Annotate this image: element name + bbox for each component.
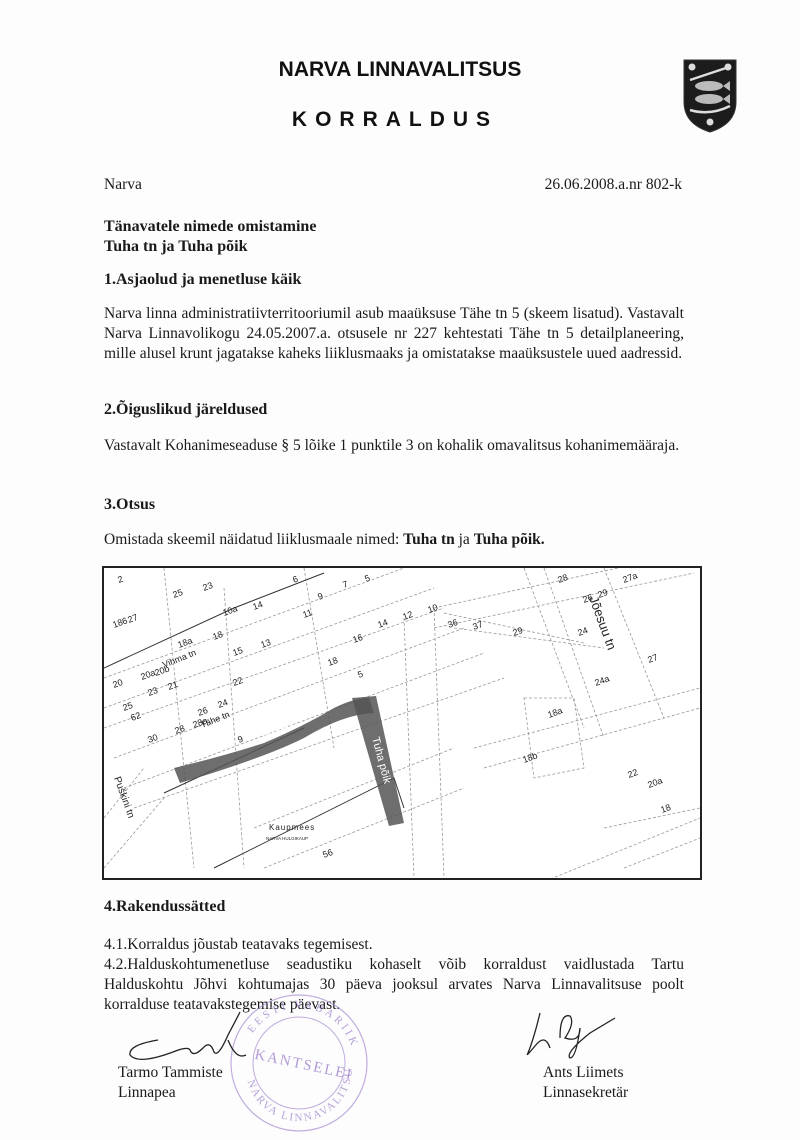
map-house-number: 22 (231, 675, 244, 688)
decision-text: Omistada skeemil näidatud liiklusmaale n… (104, 531, 403, 548)
map-house-number: 24a (593, 673, 611, 688)
map-house-number: 5 (356, 669, 364, 680)
signatory-right-title: Linnasekretär (543, 1083, 628, 1103)
map-house-number: 25 (121, 700, 134, 713)
map-house-number: 18a (546, 705, 564, 720)
section-1-text: Narva linna administratiivterritooriumil… (104, 304, 684, 364)
map-label-business: Kaupmees (269, 823, 315, 832)
signatory-left-name: Tarmo Tammiste (118, 1063, 223, 1083)
map-house-number: 18b (521, 750, 539, 765)
section-2-heading: 2.Õiguslikud järeldused (104, 401, 267, 419)
map-house-number: 23 (201, 580, 214, 593)
signatory-left: Tarmo Tammiste Linnapea (118, 1063, 223, 1103)
map-house-number: 7 (341, 579, 349, 590)
section-1-heading: 1.Asjaolud ja menetluse käik (104, 271, 301, 289)
coat-of-arms-icon (682, 58, 738, 134)
section-4-item-1: 4.1.Korraldus jõustab teatavaks tegemise… (104, 935, 684, 955)
map-house-number: 23 (146, 685, 159, 698)
map-house-number: 10a (221, 603, 239, 618)
map-house-number: 2 (116, 574, 124, 585)
section-2-text: Vastavalt Kohanimeseaduse § 5 lõike 1 pu… (104, 436, 684, 456)
section-3-heading: 3.Otsus (104, 496, 155, 514)
section-4-item-2: 4.2.Halduskohtumenetluse seadustiku koha… (104, 955, 684, 1015)
map-house-number: 22 (626, 767, 639, 780)
map-house-number: 6 (291, 574, 299, 585)
map-house-number: 24 (216, 697, 229, 710)
map-label-joesuu: Jõesuu tn (586, 594, 619, 652)
map-house-number: 18 (326, 655, 339, 668)
map-house-number: 14 (251, 599, 264, 612)
map-house-number: 20 (111, 677, 124, 690)
section-3-decision: Omistada skeemil näidatud liiklusmaale n… (104, 530, 684, 550)
map-house-number: 16 (351, 632, 364, 645)
map-house-number: 62 (129, 710, 142, 723)
map-house-number: 29 (511, 625, 524, 638)
map-label-business-sub: NARVA HULGIKAUP (266, 836, 308, 841)
map-house-number: 12 (401, 609, 414, 622)
map-house-number: 25 (171, 587, 184, 600)
organization-name: NARVA LINNAVALITSUS (0, 58, 800, 82)
map-house-number: 29 (596, 587, 609, 600)
map-house-number: 10 (426, 602, 439, 615)
map-house-number: 18 (211, 629, 224, 642)
map-house-number: 27 (646, 652, 659, 665)
decision-name-1: Tuha tn (403, 531, 455, 548)
map-house-number: 15 (231, 645, 244, 658)
map-house-number: 28 (173, 723, 186, 736)
document-place: Narva (104, 176, 142, 194)
map-house-number: 28 (556, 572, 569, 585)
document-type: KORRALDUS (0, 108, 790, 132)
signatory-right-name: Ants Liimets (543, 1063, 628, 1083)
decision-connector: ja (455, 531, 474, 548)
map-house-number: 30 (146, 732, 159, 745)
map-house-number: 56 (321, 847, 334, 860)
decision-name-2: Tuha põik. (474, 531, 545, 548)
map-house-number: 20a (646, 775, 664, 790)
map-house-number: 9 (236, 734, 244, 745)
map-house-number: 27a (621, 570, 639, 585)
signature-mayor-icon (118, 1010, 298, 1070)
street-scheme-map: Tuha tn Tuha põik Jõesuu tn Vihma tn Täh… (102, 566, 702, 880)
section-4-heading: 4.Rakendussätted (104, 898, 225, 916)
map-house-number: 9 (316, 591, 324, 602)
map-house-number: 36 (446, 617, 459, 630)
map-house-number: 186 (111, 615, 129, 630)
map-house-number: 37 (471, 619, 484, 632)
map-house-number: 24 (576, 625, 589, 638)
map-house-number: 20b (153, 663, 171, 678)
subject-line-2: Tuha tn ja Tuha põik (104, 237, 316, 257)
signature-secretary-icon (520, 1008, 640, 1068)
signatory-left-title: Linnapea (118, 1083, 223, 1103)
document-subject: Tänavatele nimede omistamine Tuha tn ja … (104, 217, 316, 257)
map-house-number: 18 (659, 802, 672, 815)
document-date-number: 26.06.2008.a.nr 802-k (545, 176, 682, 194)
signatory-right: Ants Liimets Linnasekretär (543, 1063, 628, 1103)
map-house-number: 27 (126, 612, 139, 625)
subject-line-1: Tänavatele nimede omistamine (104, 217, 316, 237)
map-house-number: 11 (301, 607, 313, 620)
